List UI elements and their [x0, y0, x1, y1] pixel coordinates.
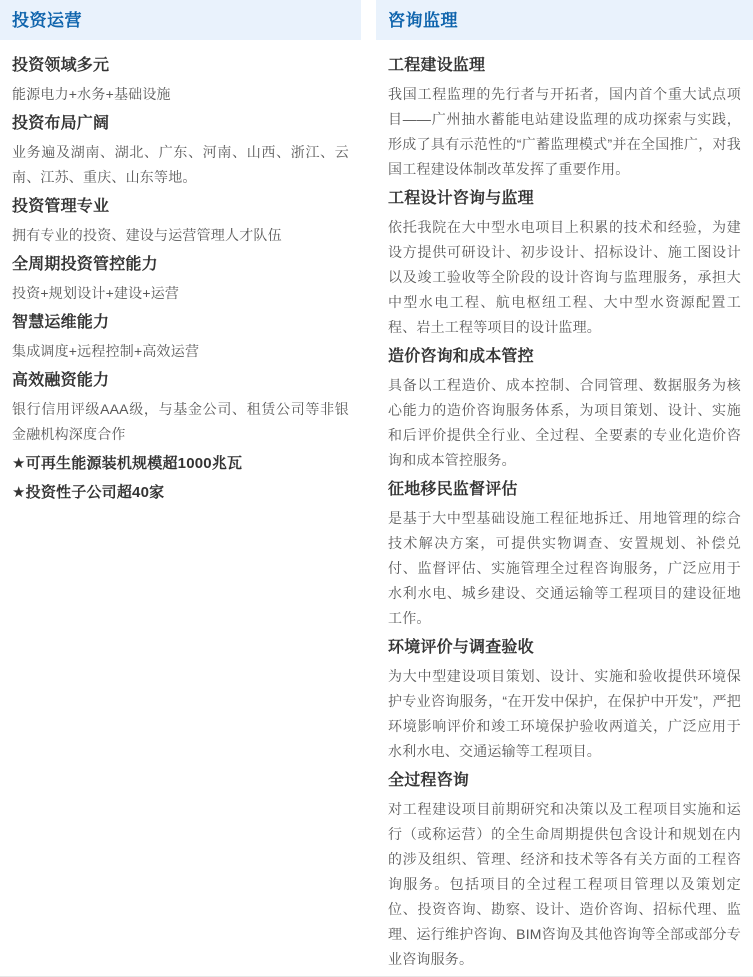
section-heading-smart-operation: 智慧运维能力 — [12, 310, 349, 335]
section-body-investment-management: 拥有专业的投资、建设与运营管理人才队伍 — [12, 223, 349, 248]
section-body-environmental-assessment: 为大中型建设项目策划、设计、实施和验收提供环境保护专业咨询服务，“在开发中保护，… — [388, 664, 741, 764]
section-body-whole-process-consulting: 对工程建设项目前期研究和决策以及工程项目实施和运行（或称运营）的全生命周期提供包… — [388, 797, 741, 972]
section-body-full-cycle-control: 投资+规划设计+建设+运营 — [12, 281, 349, 306]
section-body-construction-supervision: 我国工程监理的先行者与开拓者，国内首个重大试点项目——广州抽水蓄能电站建设监理的… — [388, 82, 741, 182]
highlight-subsidiaries-count: ★投资性子公司超40家 — [12, 480, 349, 505]
section-body-cost-consulting: 具备以工程造价、成本控制、合同管理、数据服务为核心能力的造价咨询服务体系，为项目… — [388, 373, 741, 473]
investment-operations-body: 投资领域多元 能源电力+水务+基础设施 投资布局广阔 业务遍及湖南、湖北、广东、… — [0, 40, 361, 505]
section-heading-whole-process-consulting: 全过程咨询 — [388, 768, 741, 793]
investment-operations-column: 投资运营 投资领域多元 能源电力+水务+基础设施 投资布局广阔 业务遍及湖南、湖… — [0, 0, 361, 509]
section-heading-investment-fields: 投资领域多元 — [12, 53, 349, 78]
highlight-renewable-capacity: ★可再生能源装机规模超1000兆瓦 — [12, 451, 349, 476]
section-body-investment-layout: 业务遍及湖南、湖北、广东、河南、山西、浙江、云南、江苏、重庆、山东等地。 — [12, 140, 349, 190]
section-heading-land-resettlement: 征地移民监督评估 — [388, 477, 741, 502]
section-heading-investment-layout: 投资布局广阔 — [12, 111, 349, 136]
section-heading-investment-management: 投资管理专业 — [12, 194, 349, 219]
section-heading-cost-consulting: 造价咨询和成本管控 — [388, 344, 741, 369]
consulting-supervision-column: 咨询监理 工程建设监理 我国工程监理的先行者与开拓者，国内首个重大试点项目——广… — [376, 0, 753, 976]
section-heading-design-consulting: 工程设计咨询与监理 — [388, 186, 741, 211]
consulting-supervision-body: 工程建设监理 我国工程监理的先行者与开拓者，国内首个重大试点项目——广州抽水蓄能… — [376, 40, 753, 972]
section-body-financing-ability: 银行信用评级AAA级，与基金公司、租赁公司等非银金融机构深度合作 — [12, 397, 349, 447]
consulting-supervision-title: 咨询监理 — [376, 0, 753, 40]
section-heading-environmental-assessment: 环境评价与调查验收 — [388, 635, 741, 660]
section-body-design-consulting: 依托我院在大中型水电项目上积累的技术和经验，为建设方提供可研设计、初步设计、招标… — [388, 215, 741, 340]
business-services-page: 投资运营 投资领域多元 能源电力+水务+基础设施 投资布局广阔 业务遍及湖南、湖… — [0, 0, 753, 977]
section-heading-financing-ability: 高效融资能力 — [12, 368, 349, 393]
section-body-smart-operation: 集成调度+远程控制+高效运营 — [12, 339, 349, 364]
investment-operations-title: 投资运营 — [0, 0, 361, 40]
section-heading-construction-supervision: 工程建设监理 — [388, 53, 741, 78]
section-body-investment-fields: 能源电力+水务+基础设施 — [12, 82, 349, 107]
section-heading-full-cycle-control: 全周期投资管控能力 — [12, 252, 349, 277]
section-body-land-resettlement: 是基于大中型基础设施工程征地拆迁、用地管理的综合技术解决方案，可提供实物调查、安… — [388, 506, 741, 631]
